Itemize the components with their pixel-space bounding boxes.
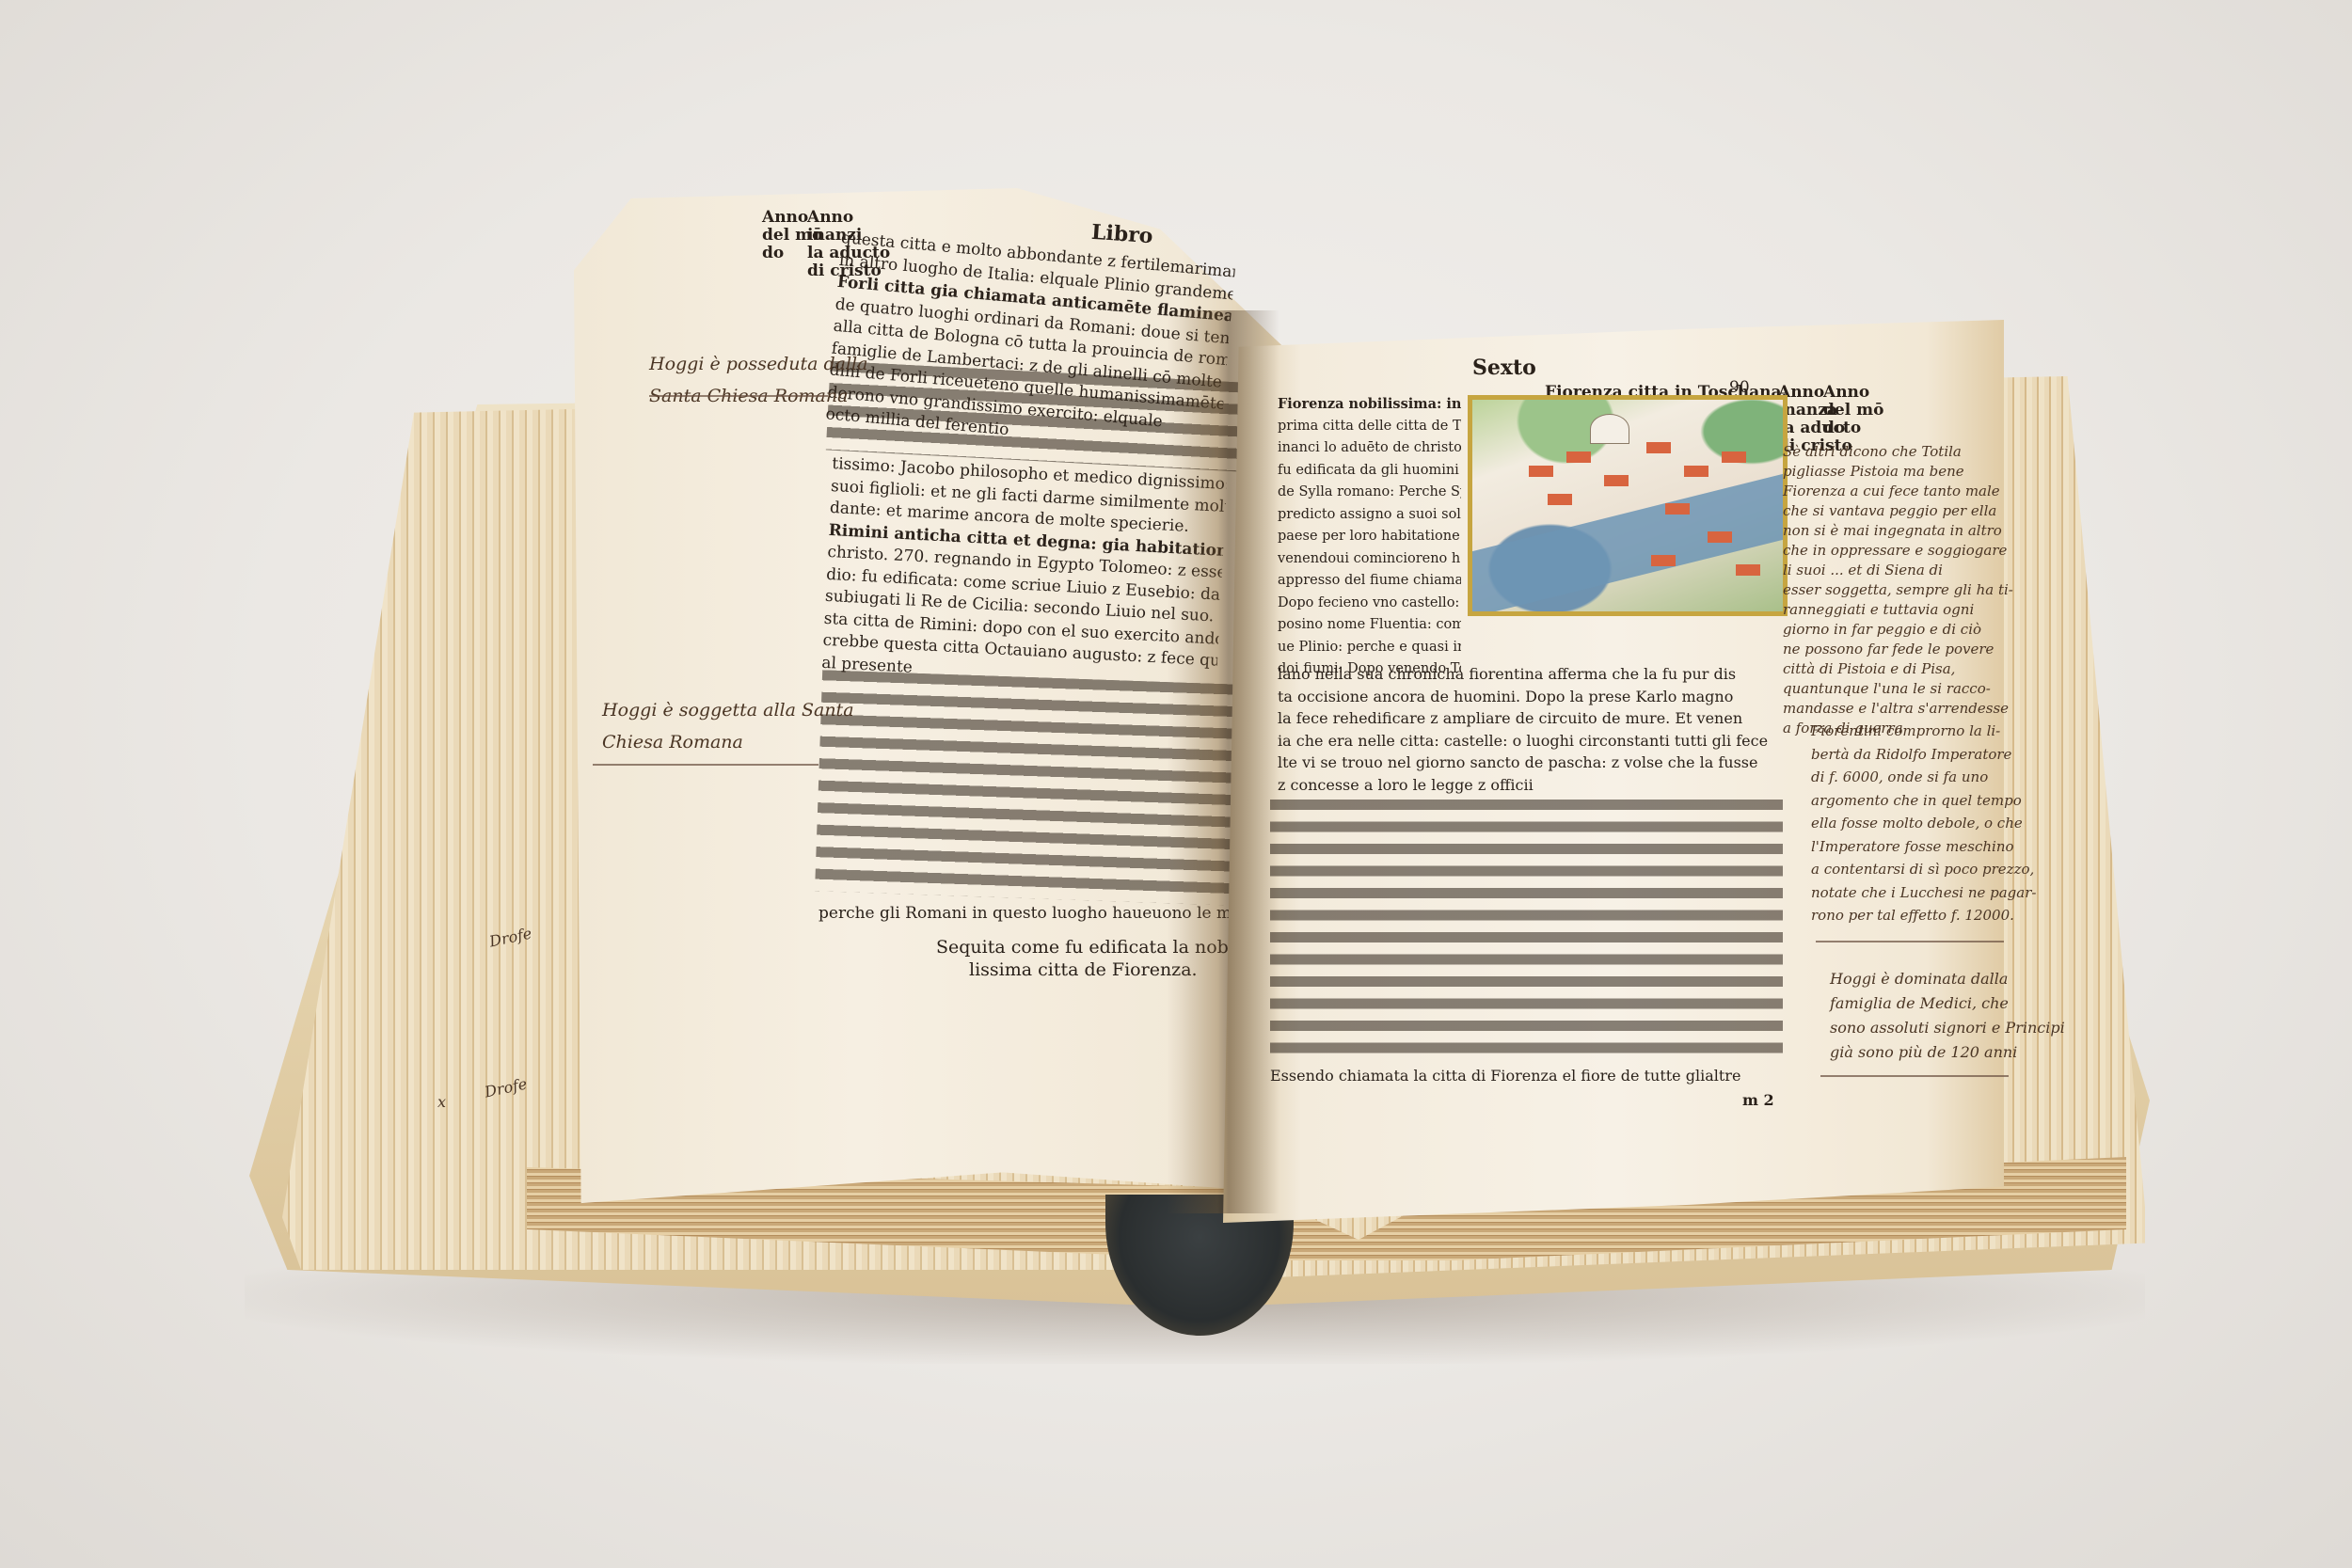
note-line: Hoggi è posseduta dalla — [649, 348, 867, 380]
note-line: esser soggetta, sempre gli ha ti- — [1783, 580, 2013, 600]
text-line: predicto assigno a suoi soldati quel — [1278, 504, 1461, 527]
note-line: mandasse e l'altra s'arrendesse — [1783, 699, 2013, 719]
handwritten-note-right-1: Sè altri dicono che Totila pigliasse Pis… — [1783, 442, 2013, 738]
roof — [1708, 531, 1732, 543]
note-line: sono assoluti signori e Principi — [1830, 1016, 2065, 1040]
right-text-fiorenza: Fiorenza nobilissima: inclyta et prima c… — [1278, 393, 1461, 681]
note-line: città di Pistoia e di Pisa, — [1783, 659, 2013, 679]
roof — [1566, 451, 1591, 463]
note-line: che si vantava peggio per ella — [1783, 501, 2013, 521]
right-margin-head-mondo: Anno del mō do — [1823, 384, 1883, 437]
cathedral-dome — [1590, 414, 1629, 444]
note-line: a contentarsi di sì poco prezzo, — [1811, 858, 2036, 881]
text-line: lano nella sua chronicha fiorentina affe… — [1278, 663, 1776, 686]
note-line: argomento che in quel tempo — [1811, 789, 2036, 813]
handwritten-note-right-3: Hoggi è dominata dalla famiglia de Medic… — [1830, 967, 2065, 1065]
roof — [1684, 466, 1708, 477]
heading-fiorenza: Fiorenza nobilissima: inclyta et — [1278, 393, 1461, 416]
text-line: Dopo fecieno vno castello: z gli — [1278, 593, 1461, 615]
river-arno — [1472, 474, 1783, 616]
note-rule — [649, 395, 828, 397]
text-line: ue Plinio: perche e quasi in mezo de — [1278, 637, 1461, 659]
note-line: notate che i Lucchesi ne pagar- — [1811, 881, 2036, 905]
text-line: lte vi se trouo nel giorno sancto de pas… — [1278, 752, 1776, 774]
roof — [1548, 494, 1572, 505]
text-line: la fece rehedificare z ampliare de circu… — [1278, 707, 1776, 730]
note-line: già sono più de 120 anni — [1830, 1040, 2065, 1065]
note-line: ella fosse molto debole, o che — [1811, 812, 2036, 835]
text-line: prima citta delle citta de Toscana: — [1278, 416, 1461, 438]
text-line: ia che era nelle citta: castelle: o luog… — [1278, 730, 1776, 752]
note-line: ne possono far fede le povere — [1783, 640, 2013, 659]
gutter-shadow — [1167, 310, 1279, 1213]
roof — [1722, 451, 1746, 463]
note-line: che in oppressare e soggiogare — [1783, 541, 2013, 561]
roof — [1529, 466, 1553, 477]
roof — [1604, 475, 1629, 486]
note-rule — [1820, 1075, 2009, 1077]
roof — [1665, 503, 1690, 515]
margin-head-line: del mō — [1823, 402, 1883, 420]
text-line: inanci lo aduēto de christo. 90. āni: — [1278, 437, 1461, 460]
note-line: Fiorentini comprorno la li- — [1811, 720, 2036, 743]
margin-head-line: Anno — [807, 209, 890, 227]
margin-head-line: Anno — [1823, 384, 1883, 402]
florence-woodcut-illustration — [1468, 395, 1788, 616]
text-line: venendoui comincioreno habitare — [1278, 548, 1461, 571]
note-line: bertà da Ridolfo Imperatore — [1811, 743, 2036, 767]
note-line: Hoggi è dominata dalla — [1830, 967, 2065, 991]
note-line: famiglia de Medici, che — [1830, 991, 2065, 1016]
note-line: Hoggi è soggetta alla Santa — [602, 694, 854, 726]
text-line: z concesse a loro le legge z officii — [1278, 774, 1776, 797]
note-line: giorno in far peggio e di ciò — [1783, 620, 2013, 640]
left-running-head: Libro — [1090, 220, 1153, 249]
note-line: Fiorenza a cui fece tanto male — [1783, 482, 2013, 501]
note-line: rono per tal effetto f. 12000. — [1811, 904, 2036, 927]
note-line: Sè altri dicono che Totila — [1783, 442, 2013, 462]
note-line: li suoi ... et di Siena di — [1783, 561, 2013, 580]
note-rule — [593, 764, 818, 766]
text-line: fu edificata da gli huomini darme — [1278, 460, 1461, 483]
margin-head-line: do — [1823, 420, 1883, 437]
note-rule — [1816, 941, 2004, 942]
text-line: ta occisione ancora de huomini. Dopo la … — [1278, 686, 1776, 708]
note-line: Chiesa Romana — [602, 726, 854, 758]
note-line: non si è mai ingegnata in altro — [1783, 521, 2013, 541]
right-running-head: Sexto — [1472, 356, 1536, 380]
note-line: l'Imperatore fosse meschino — [1811, 835, 2036, 859]
handwritten-note-left-2: Hoggi è soggetta alla Santa Chiesa Roman… — [602, 694, 854, 758]
text-line: posino nome Fluentia: come scri — [1278, 614, 1461, 637]
handwritten-note-left-1: Hoggi è posseduta dalla Santa Chiesa Rom… — [649, 348, 867, 412]
text-line: paese per loro habitatione: liquali — [1278, 526, 1461, 548]
right-text-below-woodcut: lano nella sua chronicha fiorentina affe… — [1278, 663, 1776, 796]
note-line: quantunque l'una le si racco- — [1783, 679, 2013, 699]
note-line: di f. 6000, onde si fa uno — [1811, 766, 2036, 789]
handwritten-note-right-2: Fiorentini comprorno la li- bertà da Rid… — [1811, 720, 2036, 927]
roof — [1651, 555, 1676, 566]
edge-note: x — [437, 1086, 446, 1118]
note-line: pigliasse Pistoia ma bene — [1783, 462, 2013, 482]
note-line: ranneggiati e tuttavia ogni — [1783, 600, 2013, 620]
roof — [1646, 442, 1671, 453]
text-line: de Sylla romano: Perche Sylla — [1278, 482, 1461, 504]
roof — [1736, 564, 1760, 576]
right-text-block — [1270, 800, 1783, 1063]
right-last-line: Essendo chiamata la citta di Fiorenza el… — [1270, 1065, 1797, 1087]
text-line: appresso del fiume chiamato arno — [1278, 570, 1461, 593]
signature-mark: m 2 — [1742, 1091, 1774, 1109]
